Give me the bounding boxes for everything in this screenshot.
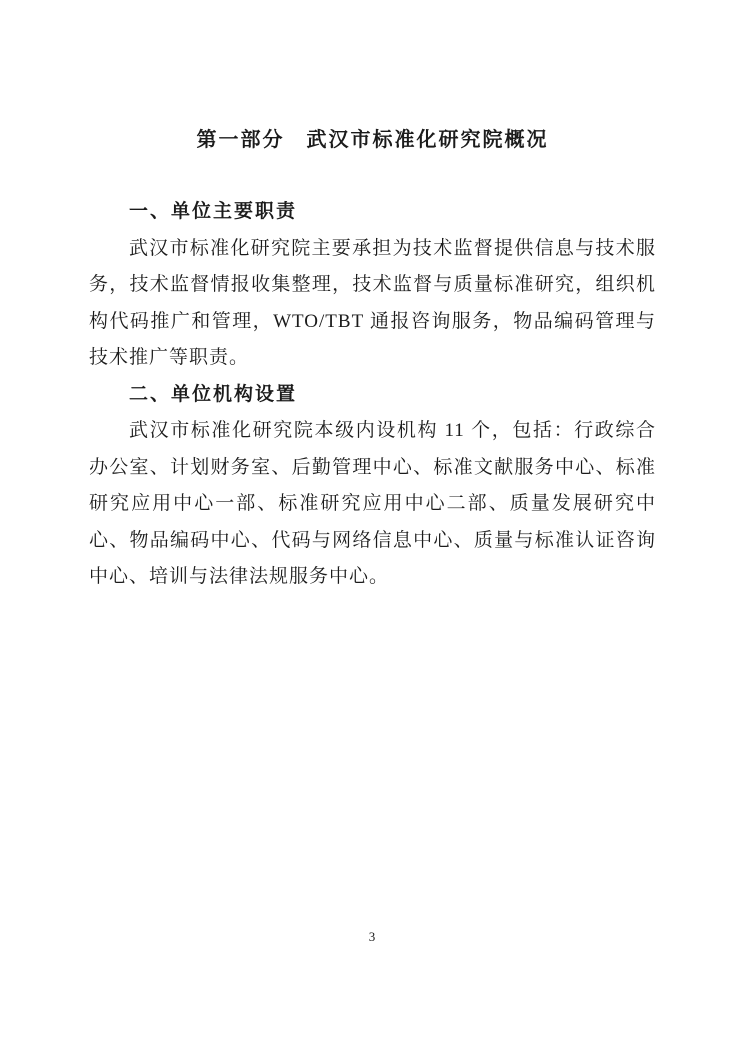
section-body-org-structure: 武汉市标准化研究院本级内设机构 11 个，包括：行政综合办公室、计划财务室、后勤…	[89, 413, 656, 596]
document-content: 第一部分 武汉市标准化研究院概况 一、单位主要职责 武汉市标准化研究院主要承担为…	[89, 126, 656, 596]
section-heading-main-duties: 一、单位主要职责	[89, 194, 656, 231]
page-number: 3	[0, 928, 744, 946]
section-body-main-duties: 武汉市标准化研究院主要承担为技术监督提供信息与技术服务，技术监督情报收集整理，技…	[89, 231, 656, 377]
page-title: 第一部分 武汉市标准化研究院概况	[89, 126, 656, 154]
document-page: 第一部分 武汉市标准化研究院概况 一、单位主要职责 武汉市标准化研究院主要承担为…	[0, 0, 744, 1052]
section-heading-org-structure: 二、单位机构设置	[89, 377, 656, 414]
section-org-structure: 二、单位机构设置 武汉市标准化研究院本级内设机构 11 个，包括：行政综合办公室…	[89, 377, 656, 596]
section-main-duties: 一、单位主要职责 武汉市标准化研究院主要承担为技术监督提供信息与技术服务，技术监…	[89, 194, 656, 377]
